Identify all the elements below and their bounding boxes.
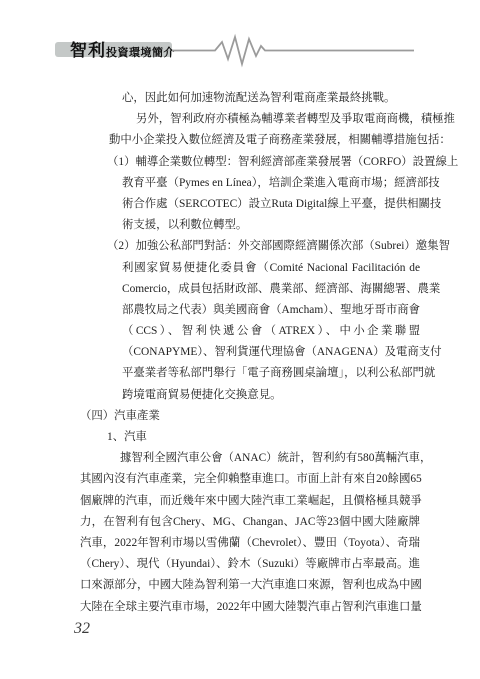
body-text-line: 心，因此如何加速物流配送為智利電商產業最終挑戰。 [122, 88, 420, 109]
body-text-line: 力，在智利有包含Chery、MG、Changan、JAC等23個中國大陸廠牌 [80, 512, 420, 533]
body-text-line: 部農牧局之代表）與美國商會（Amcham）、聖地牙哥市商會 [122, 300, 420, 321]
chapter-title: 智利投資環境簡介 [70, 36, 175, 61]
chapter-title-main: 智利 [70, 36, 106, 61]
body-text-line: 個廠牌的汽車，而近幾年來中國大陸汽車工業崛起，且價格極具競爭 [80, 491, 420, 512]
page-number: 32 [74, 620, 90, 638]
body-text-line: 術支援，以利數位轉型。 [122, 215, 420, 236]
body-text-line: 其國內沒有汽車產業，完全仰賴整車進口。市面上計有來自20餘國65 [80, 469, 420, 490]
subsection-1-heading: 1、汽車 [107, 427, 420, 448]
body-text-line: 教育平臺（Pymes en Línea），培訓企業進入電商市場；經濟部技 [122, 173, 420, 194]
item-1-line: （1）輔導企業數位轉型：智利經濟部產業發展署（CORFO）設置線上 [107, 152, 420, 173]
body-text-line: Comercio，成員包括財政部、農業部、經濟部、海關總署、農業 [122, 279, 420, 300]
body-text-line: （CONAPYME）、智利貨運代理協會（ANAGENA）及電商支付 [122, 342, 420, 363]
body-text-block: 心，因此如何加速物流配送為智利電商產業最終挑戰。 另外，智利政府亦積極為輔導業者… [80, 88, 420, 618]
document-page: 智利投資環境簡介 心，因此如何加速物流配送為智利電商產業最終挑戰。 另外，智利政… [0, 0, 480, 679]
body-text-line: 利國家貿易便捷化委員會（Comité Nacional Facilitación… [122, 258, 420, 279]
ecg-pulse-line-icon [170, 33, 420, 69]
body-text-line: 跨境電商貿易便捷化交換意見。 [122, 385, 420, 406]
body-text-line: 動中小企業投入數位經濟及電子商務產業發展，相關輔導措施包括： [109, 130, 420, 151]
body-text-line: 口來源部分，中國大陸為智利第一大汽車進口來源，智利也成為中國 [80, 575, 420, 596]
body-text-line: 大陸在全球主要汽車市場，2022年中國大陸製汽車占智利汽車進口量 [80, 597, 420, 618]
item-2-line: （2）加強公私部門對話：外交部國際經濟關係次部（Subrei）邀集智 [107, 236, 420, 257]
section-4-heading: （四）汽車產業 [80, 406, 420, 427]
body-text-line: 據智利全國汽車公會（ANAC）統計，智利約有580萬輛汽車， [120, 448, 420, 469]
body-text-line: （CCS）、智利快遞公會（ATREX）、中小企業聯盟 [122, 321, 420, 342]
body-text-line: 汽車，2022年智利市場以雪佛蘭（Chevrolet）、豐田（Toyota）、奇… [80, 533, 420, 554]
body-text-line: （Chery）、現代（Hyundai）、鈴木（Suzuki）等廠牌市占率最高。進 [80, 554, 420, 575]
body-text-line: 術合作處（SERCOTEC）設立Ruta Digital線上平臺，提供相關技 [122, 194, 420, 215]
body-text-line: 平臺業者等私部門舉行「電子商務圓桌論壇」，以利公私部門就 [122, 363, 420, 384]
body-text-line: 另外，智利政府亦積極為輔導業者轉型及爭取電商商機，積極推 [136, 109, 420, 130]
chapter-title-sub: 投資環境簡介 [106, 44, 175, 60]
